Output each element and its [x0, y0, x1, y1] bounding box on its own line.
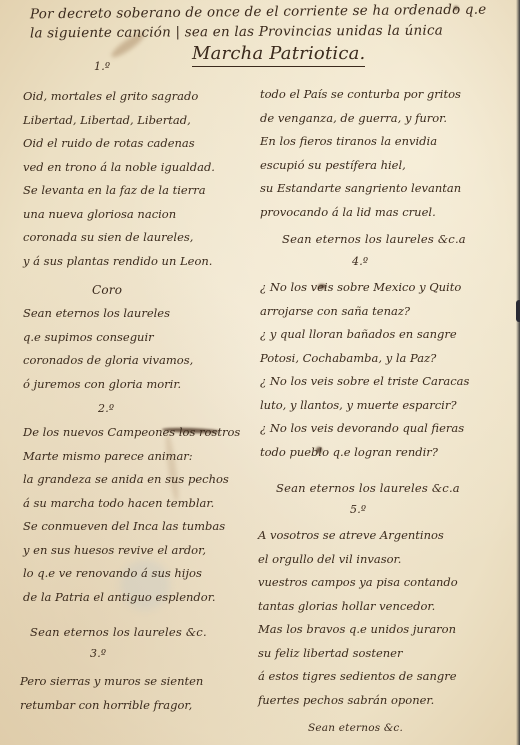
stanza-4-block: ¿ No los veis sobre Mexico y Quito arroj…: [260, 276, 469, 464]
stanza-number-1: 1.º: [94, 60, 110, 73]
right-column: todo el País se conturba por gritos de v…: [260, 83, 461, 224]
verse-line: ¿ No los veis devorando qual fieras: [260, 417, 469, 441]
verse-line: todo el País se conturba por gritos: [260, 83, 461, 107]
verse-line: luto, y llantos, y muerte esparcir?: [260, 394, 469, 418]
verse-line: Marte mismo parece animar:: [23, 445, 240, 469]
stanza-number-5: 5.º: [350, 503, 366, 516]
stanza-2-block: De los nuevos Campeones los rostros Mart…: [23, 421, 240, 609]
verse-line: tantas glorias hollar vencedor.: [258, 595, 458, 619]
verse-line: Oid, mortales el grito sagrado: [23, 85, 215, 109]
verse-line: y á sus plantas rendido un Leon.: [23, 250, 215, 274]
verse-line: arrojarse con saña tenaz?: [260, 300, 469, 324]
verse-line: fuertes pechos sabrán oponer.: [258, 689, 458, 713]
stanza-5-block: A vosotros se atreve Argentinos el orgul…: [258, 524, 458, 712]
coro-block: Sean eternos los laureles q.e supimos co…: [23, 302, 193, 396]
page-edge-shadow: [516, 0, 520, 745]
refrain-line: Sean eternos los laureles &c.a: [276, 481, 460, 495]
refrain-line: Sean eternos los laureles &c.: [30, 625, 207, 639]
verse-line: el orgullo del vil invasor.: [258, 548, 458, 572]
refrain-line: Sean eternos los laureles &c.a: [282, 232, 466, 246]
verse-line: una nueva gloriosa nacion: [23, 203, 215, 227]
chorus-line: Sean eternos los laureles: [23, 302, 193, 326]
verse-line: escupió su pestífera hiel,: [260, 154, 461, 178]
verse-line: ¿ y qual lloran bañados en sangre: [260, 323, 469, 347]
verse-line: de la Patria el antiguo esplendor.: [23, 586, 240, 610]
verse-line: y en sus huesos revive el ardor,: [23, 539, 240, 563]
verse-line: ¿ No los veis sobre Mexico y Quito: [260, 276, 469, 300]
edge-stain: [516, 300, 520, 322]
stanza-number-2: 2.º: [98, 402, 114, 415]
verse-line: lo q.e ve renovando á sus hijos: [23, 562, 240, 586]
stanza-number-3: 3.º: [90, 647, 106, 660]
chorus-line: q.e supimos conseguir: [23, 326, 193, 350]
left-column: Oid, mortales el grito sagrado Libertad,…: [23, 85, 215, 273]
verse-line: Oid el ruido de rotas cadenas: [23, 132, 215, 156]
verse-line: Libertad, Libertad, Libertad,: [23, 109, 215, 133]
verse-line: su Estandarte sangriento levantan: [260, 177, 461, 201]
document-title: Marcha Patriotica.: [192, 43, 365, 67]
verse-line: Mas los bravos q.e unidos juraron: [258, 618, 458, 642]
verse-line: Se conmueven del Inca las tumbas: [23, 515, 240, 539]
stanza-3-block: Pero sierras y muros se sienten retumbar…: [20, 670, 203, 717]
verse-line: la grandeza se anida en sus pechos: [23, 468, 240, 492]
refrain-line: Sean eternos &c.: [308, 722, 403, 734]
verse-line: vuestros campos ya pisa contando: [258, 571, 458, 595]
verse-line: Se levanta en la faz de la tierra: [23, 179, 215, 203]
verse-line: todo pueblo q.e logran rendir?: [260, 441, 469, 465]
coro-label: Coro: [92, 283, 122, 297]
chorus-line: ó juremos con gloria morir.: [23, 373, 193, 397]
decree-header-line-1: Por decreto soberano de once de el corri…: [30, 2, 487, 23]
verse-line: de venganza, de guerra, y furor.: [260, 107, 461, 131]
verse-line: Potosi, Cochabamba, y la Paz?: [260, 347, 469, 371]
verse-line: ¿ No los veis sobre el triste Caracas: [260, 370, 469, 394]
verse-line: Pero sierras y muros se sienten: [20, 670, 203, 694]
chorus-line: coronados de gloria vivamos,: [23, 349, 193, 373]
verse-line: retumbar con horrible fragor,: [20, 694, 203, 718]
verse-line: su feliz libertad sostener: [258, 642, 458, 666]
verse-line: coronada su sien de laureles,: [23, 226, 215, 250]
manuscript-page: Por decreto soberano de once de el corri…: [0, 0, 520, 745]
decree-header-line-2: la siguiente canción | sea en las Provin…: [30, 23, 443, 42]
verse-line: A vosotros se atreve Argentinos: [258, 524, 458, 548]
verse-line: provocando á la lid mas cruel.: [260, 201, 461, 225]
verse-line: á su marcha todo hacen temblar.: [23, 492, 240, 516]
verse-line: á estos tigres sedientos de sangre: [258, 665, 458, 689]
stanza-number-4: 4.º: [352, 255, 368, 268]
verse-line: ved en trono á la noble igualdad.: [23, 156, 215, 180]
verse-line: De los nuevos Campeones los rostros: [23, 421, 240, 445]
verse-line: En los fieros tiranos la envidia: [260, 130, 461, 154]
